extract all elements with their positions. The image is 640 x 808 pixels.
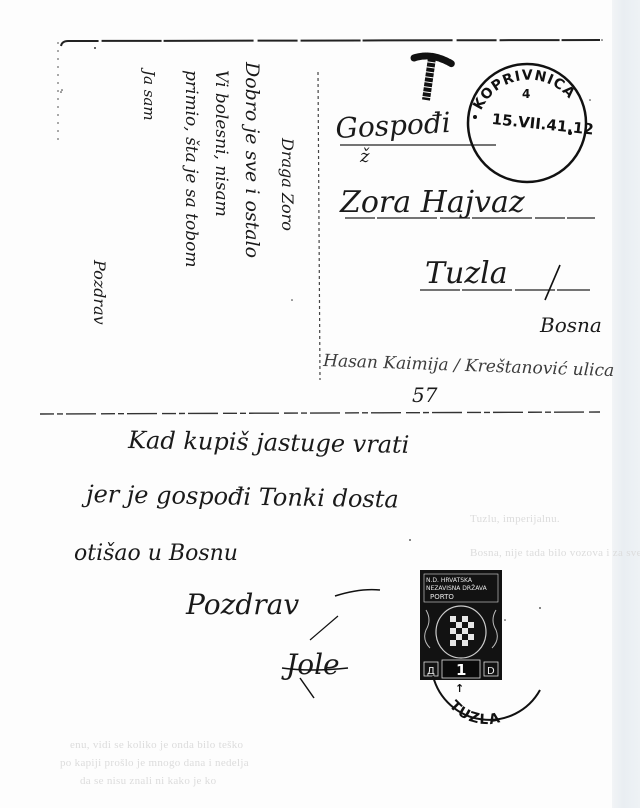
svg-text:Hasan Kaimija / Kreštanović ul: Hasan Kaimija / Kreštanović ulica (322, 351, 615, 381)
svg-text:Ja sam: Ja sam (140, 67, 158, 121)
tax-mark-t (414, 56, 452, 100)
svg-text:15.VII.41.12: 15.VII.41.12 (491, 110, 595, 139)
svg-text:Draga Zoro: Draga Zoro (278, 137, 297, 231)
svg-text:Tuzla: Tuzla (425, 256, 508, 291)
svg-text:Dobro je sve i ostalo: Dobro je sve i ostalo (241, 61, 263, 258)
svg-text:Д: Д (427, 666, 435, 677)
svg-text:Kad kupiš jastuge vrati: Kad kupiš jastuge vrati (127, 426, 410, 459)
svg-text:4: 4 (522, 87, 530, 101)
vertical-message: Draga Zoro Dobro je sve i ostalo Vi bole… (90, 61, 297, 325)
svg-text:1: 1 (456, 661, 466, 679)
svg-text:primio, šta je sa tobom: primio, šta je sa tobom (181, 70, 201, 267)
svg-text:D: D (487, 666, 495, 677)
svg-text:TUZLA: TUZLA (446, 698, 503, 728)
lower-message: Kad kupiš jastuge vrati jer je gospođi T… (74, 426, 410, 698)
svg-text:N.D. HRVATSKA: N.D. HRVATSKA (426, 577, 473, 584)
svg-text:Pozdrav: Pozdrav (185, 588, 299, 621)
svg-text:Zora Hajvaz: Zora Hajvaz (339, 185, 525, 220)
postmark-koprivnica: KOPRIVNICA 4 15.VII.41.12 (468, 64, 595, 182)
postcard-scan: KOPRIVNICA 4 15.VII.41.12 Gospođi ž Zora… (0, 0, 640, 808)
address-block: Gospođi ž Zora Hajvaz Tuzla Bosna Hasan … (322, 106, 615, 407)
svg-text:Bosna: Bosna (539, 313, 602, 337)
svg-text:otišao u Bosnu: otišao u Bosnu (74, 541, 238, 566)
svg-text:PORTO: PORTO (430, 593, 454, 601)
svg-text:Pozdrav: Pozdrav (90, 259, 109, 325)
svg-text:Vi bolesni, nisam: Vi bolesni, nisam (211, 70, 231, 217)
svg-text:ž: ž (359, 146, 370, 167)
svg-text:jer je gospođi Tonki dosta: jer je gospođi Tonki dosta (81, 480, 399, 514)
svg-text:57: 57 (412, 383, 438, 407)
svg-text:Gospođi: Gospođi (335, 106, 452, 145)
svg-text:Jole: Jole (281, 648, 340, 681)
svg-text:NEZAVISNA DRŽAVA: NEZAVISNA DRŽAVA (426, 584, 488, 592)
postage-due-stamp: N.D. HRVATSKA NEZAVISNA DRŽAVA PORTO Д 1… (420, 570, 502, 680)
svg-text:↑: ↑ (455, 682, 464, 695)
postmark-tuzla: TUZLA ↑ (433, 676, 540, 728)
